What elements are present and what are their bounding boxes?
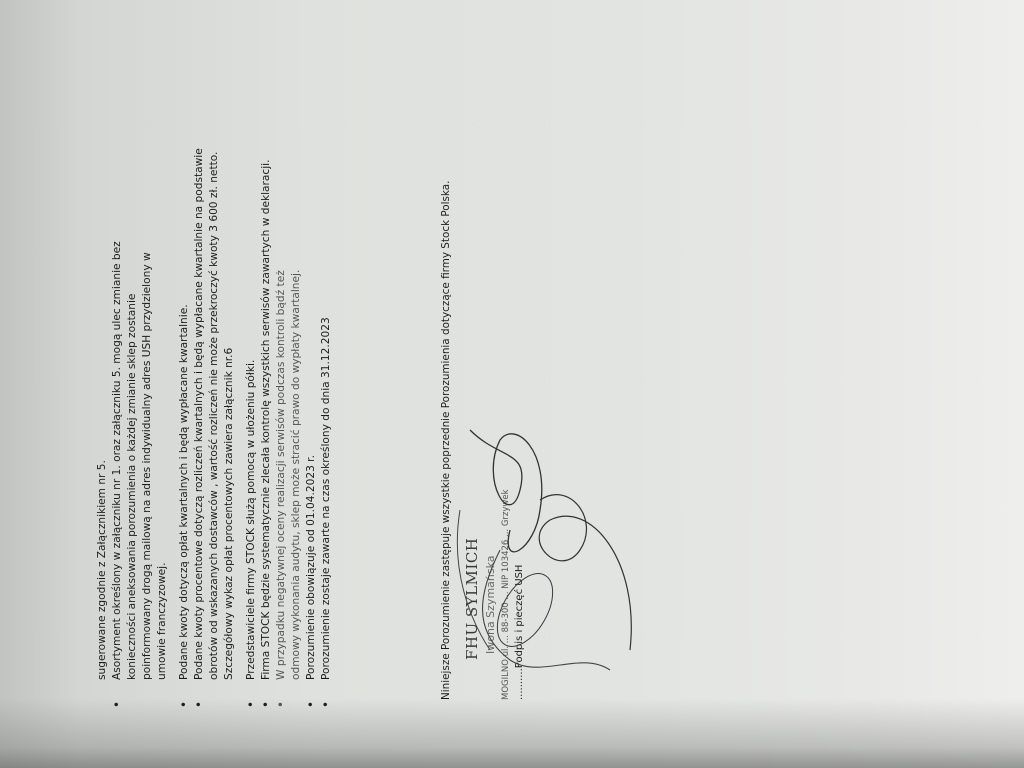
bullet-item-assortment: Asortyment określony w załączniku nr 1. …	[110, 60, 125, 700]
photo-shadow-bottom	[0, 698, 1024, 768]
bullet-item-inspections: Firma STOCK będzie systematycznie zlecał…	[259, 60, 274, 700]
text-line: umowie franczyzowej.	[155, 60, 170, 700]
bullet-item-representatives: Przedstawiciele firmy STOCK służą pomocą…	[244, 60, 259, 700]
bullet-item-effective-date: Porozumienie obowiązuje od 01.04.2023 r.	[304, 60, 319, 700]
photo-shadow-left	[0, 0, 80, 768]
text-line: poinformowany drogą mailową na adres ind…	[140, 60, 155, 700]
text-line: konieczności aneksowania porozumienia o …	[125, 60, 140, 700]
bullet-item-term: Porozumienie zostaje zawarte na czas okr…	[319, 60, 334, 700]
text-line: odmowy wykonania audytu, sklep może stra…	[289, 60, 304, 700]
text-line: Szczegółowy wykaz opłat procentowych zaw…	[222, 60, 237, 700]
bullet-item-quarterly-fees: Podane kwoty dotyczą opłat kwartalnych i…	[177, 60, 192, 700]
bullet-item-percentage-fees: Podane kwoty procentowe dotyczą rozlicze…	[192, 60, 207, 700]
text-line: sugerowane zgodnie z Załącznikiem nr 5.	[95, 60, 110, 700]
handwritten-signature	[440, 420, 660, 680]
bullet-item-negative-review: W przypadku negatywnej oceny realizacji …	[274, 60, 289, 700]
text-line: obrotów od wskazanych dostawców , wartoś…	[207, 60, 222, 700]
